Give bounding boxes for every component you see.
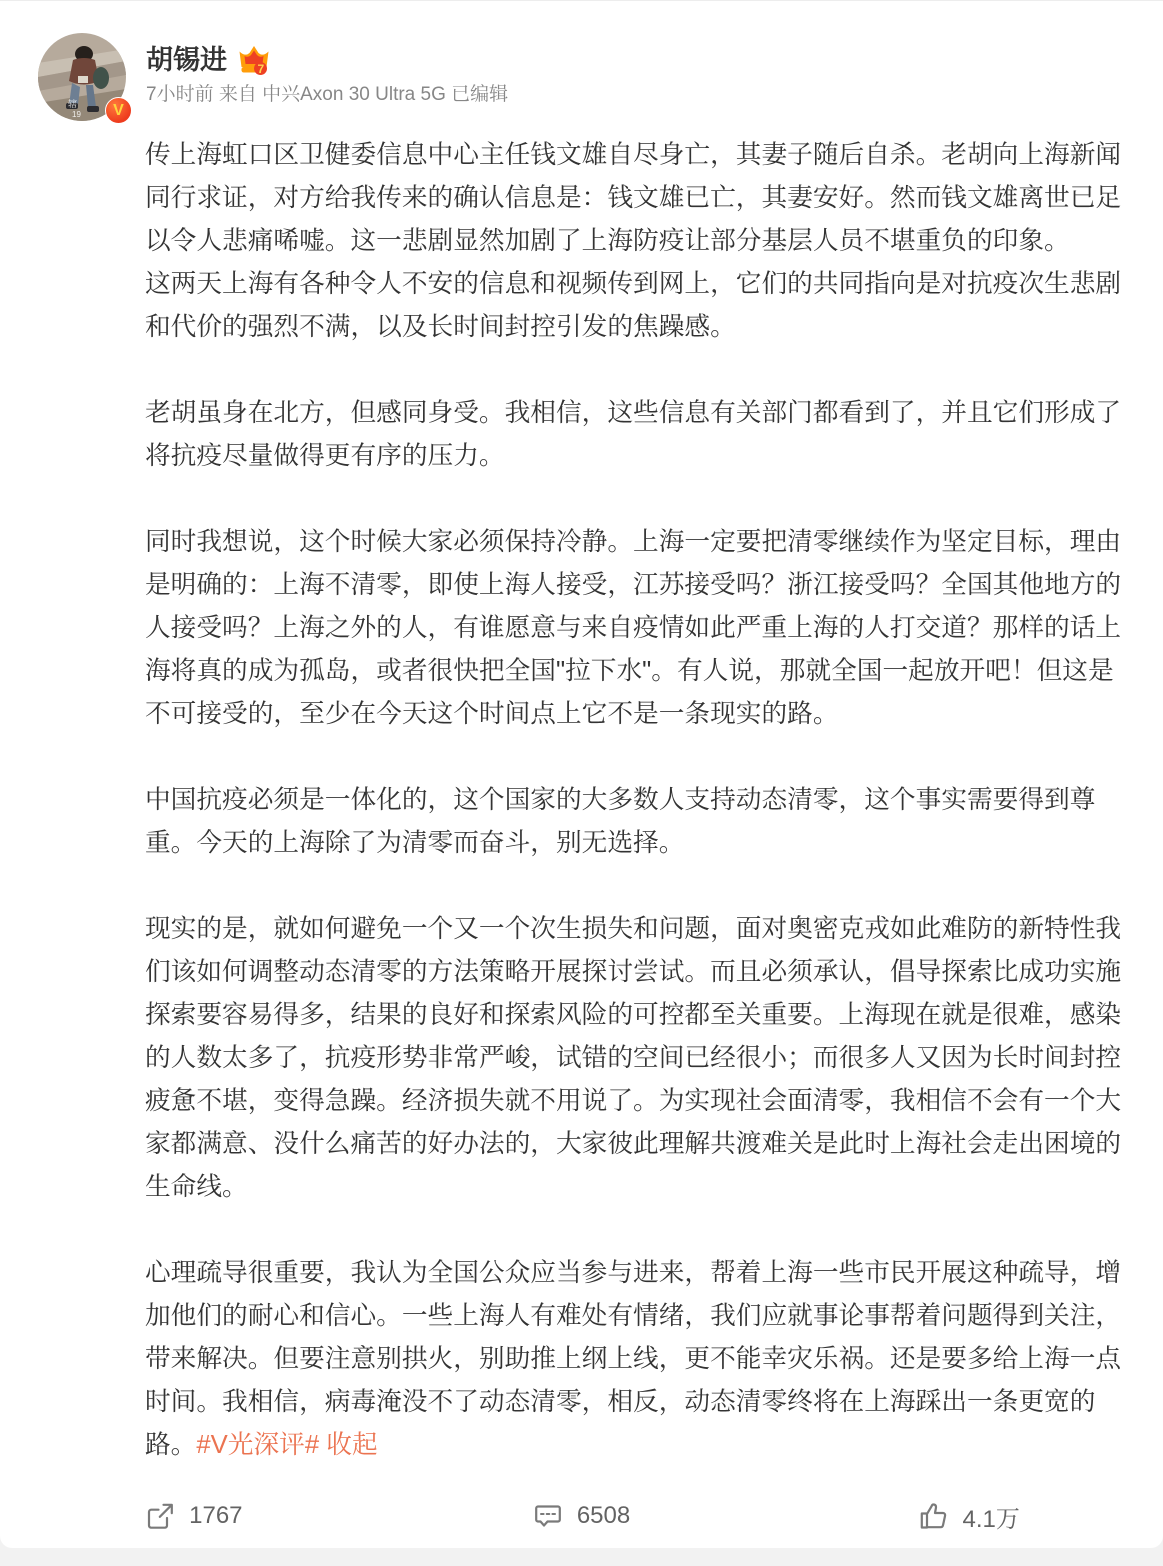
verified-v-badge: V: [105, 97, 132, 124]
post-header: 辖 19 V 胡锡进 7 7小时前 来自 中兴Axon 30 Ultra 5G …: [0, 1, 1163, 121]
comment-count: 6508: [577, 1502, 630, 1530]
vip-level-number: 7: [258, 62, 265, 76]
post-text: 传上海虹口区卫健委信息中心主任钱文雄自尽身亡，其妻子随后自杀。老胡向上海新闻同行…: [145, 141, 1121, 1459]
avatar[interactable]: 辖 19 V: [38, 33, 126, 121]
avatar-watermark: 19: [72, 110, 81, 119]
header-text: 胡锡进 7 7小时前 来自 中兴Axon 30 Ultra 5G 已编辑: [146, 33, 508, 121]
weibo-post-card: 辖 19 V 胡锡进 7 7小时前 来自 中兴Axon 30 Ultra 5G …: [0, 0, 1163, 1548]
collapse-link[interactable]: 收起: [326, 1431, 377, 1459]
comment-button[interactable]: 6508: [388, 1501, 776, 1531]
repost-count: 1767: [189, 1502, 242, 1530]
thumbs-up-icon: [918, 1501, 948, 1531]
repost-button[interactable]: 1767: [0, 1501, 388, 1531]
vip-crown-icon: 7: [237, 44, 271, 76]
action-bar: 1767 6508 4.1万: [0, 1484, 1163, 1548]
like-button[interactable]: 4.1万: [775, 1499, 1163, 1534]
like-count: 4.1万: [962, 1499, 1019, 1534]
username[interactable]: 胡锡进: [146, 45, 227, 75]
post-meta: 7小时前 来自 中兴Axon 30 Ultra 5G 已编辑: [146, 84, 508, 106]
repost-icon: [145, 1501, 175, 1531]
page-background-strip: [0, 1548, 1163, 1566]
svg-text:辖: 辖: [68, 98, 77, 109]
post-body: 传上海虹口区卫健委信息中心主任钱文雄自尽身亡，其妻子随后自杀。老胡向上海新闻同行…: [145, 134, 1125, 1467]
hashtag-link[interactable]: #V光深评#: [196, 1431, 319, 1459]
comment-icon: [533, 1501, 563, 1531]
